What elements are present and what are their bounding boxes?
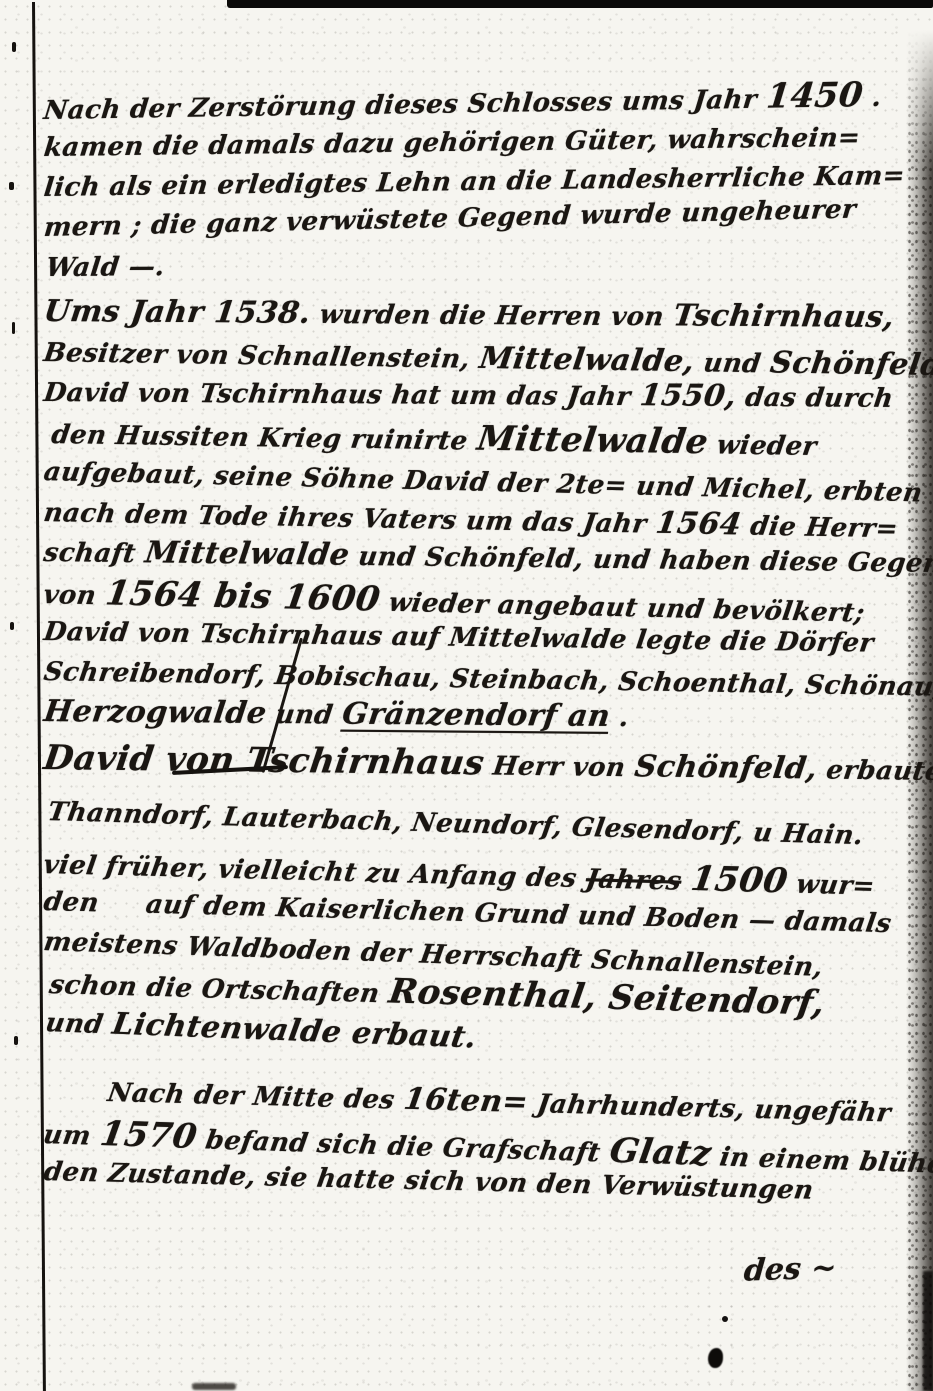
text-segment: das durch (734, 383, 895, 414)
text-segment: wieder (705, 430, 818, 462)
text-segment: 16ten= (402, 1082, 531, 1120)
catchword: des ~ (743, 1250, 839, 1288)
text-segment: um (41, 1120, 102, 1152)
manuscript-line: David von Tschirnhaus Herr von Schönfeld… (41, 738, 901, 788)
text-segment: 1570 (98, 1114, 200, 1157)
text-segment: . (861, 83, 883, 113)
text-segment: von (41, 580, 107, 611)
text-segment: Lichtenwalde erbaut. (110, 1007, 479, 1056)
text-segment: schaft (42, 538, 147, 569)
ink-smudge (192, 1383, 236, 1390)
manuscript-line: Ums Jahr 1538. wurden die Herren von Tsc… (41, 292, 901, 338)
text-segment: und (692, 348, 772, 379)
text-segment: Nach der Mitte des (106, 1078, 407, 1116)
manuscript-line: Herzogwalde und Gränzendorf an . (41, 692, 901, 739)
ink-speck (12, 42, 16, 52)
right-page-edge (906, 30, 933, 1391)
text-segment: Schönfeld, (633, 749, 820, 786)
text-segment: wurden die Herren von (308, 300, 675, 333)
text-segment: erbaute (815, 755, 933, 786)
top-edge-bar (227, 0, 933, 8)
text-segment: Besitzer von Schnallenstein, (42, 338, 482, 375)
text-segment: kamen die damals dazu gehörigen Güter, w… (42, 123, 862, 163)
text-segment: den Hussiten Krieg ruinirte (50, 420, 480, 457)
text-segment: Jahrhunderts, ungefähr (526, 1089, 893, 1128)
text-segment: Gränzendorf an (340, 697, 612, 734)
manuscript-text: Nach der Zerstörung dieses Schlosses ums… (44, 88, 899, 1192)
text-segment: 1550, (638, 378, 738, 414)
text-segment: 1564 (654, 506, 744, 543)
text-segment: Tschirnhaus, (671, 298, 896, 335)
text-segment: Herr von (482, 751, 637, 783)
ink-blot (708, 1348, 723, 1368)
text-segment: und (43, 1008, 114, 1040)
text-segment: Mittelwalde (143, 535, 352, 572)
ink-speck (12, 322, 15, 334)
ink-speck (722, 1316, 728, 1322)
manuscript-line: Wald —. (44, 242, 902, 288)
text-segment: 1500 (688, 859, 790, 901)
text-segment: David von Tschirnhaus hat um das Jahr (42, 378, 642, 412)
text-segment: Ums Jahr 1538. (42, 294, 313, 331)
text-segment: und Schönfeld, und haben diese Gegend (347, 542, 933, 579)
ink-speck (14, 1036, 18, 1045)
ink-speck (9, 182, 14, 190)
text-segment: Herzogwalde (42, 694, 269, 731)
text-segment: Mittelwalde (475, 419, 711, 463)
text-segment: Thanndorf, Lauterbach, Neundorf, Glesend… (46, 797, 866, 851)
text-segment: 1450 (765, 75, 866, 117)
text-segment: die Herr= (739, 511, 900, 544)
text-segment: Wald —. (44, 252, 166, 283)
ink-speck (10, 622, 14, 630)
bottom-right-edge-smudge (923, 1271, 933, 1391)
manuscript-line: David von Tschirnhaus hat um das Jahr 15… (41, 372, 901, 418)
text-segment: Jahres (584, 864, 684, 896)
text-segment: wur= (785, 870, 877, 902)
text-segment: David von Tschirnhaus auf Mittelwalde le… (42, 617, 876, 659)
text-segment: Mittelwalde, (477, 341, 697, 379)
text-segment: . (608, 703, 631, 733)
